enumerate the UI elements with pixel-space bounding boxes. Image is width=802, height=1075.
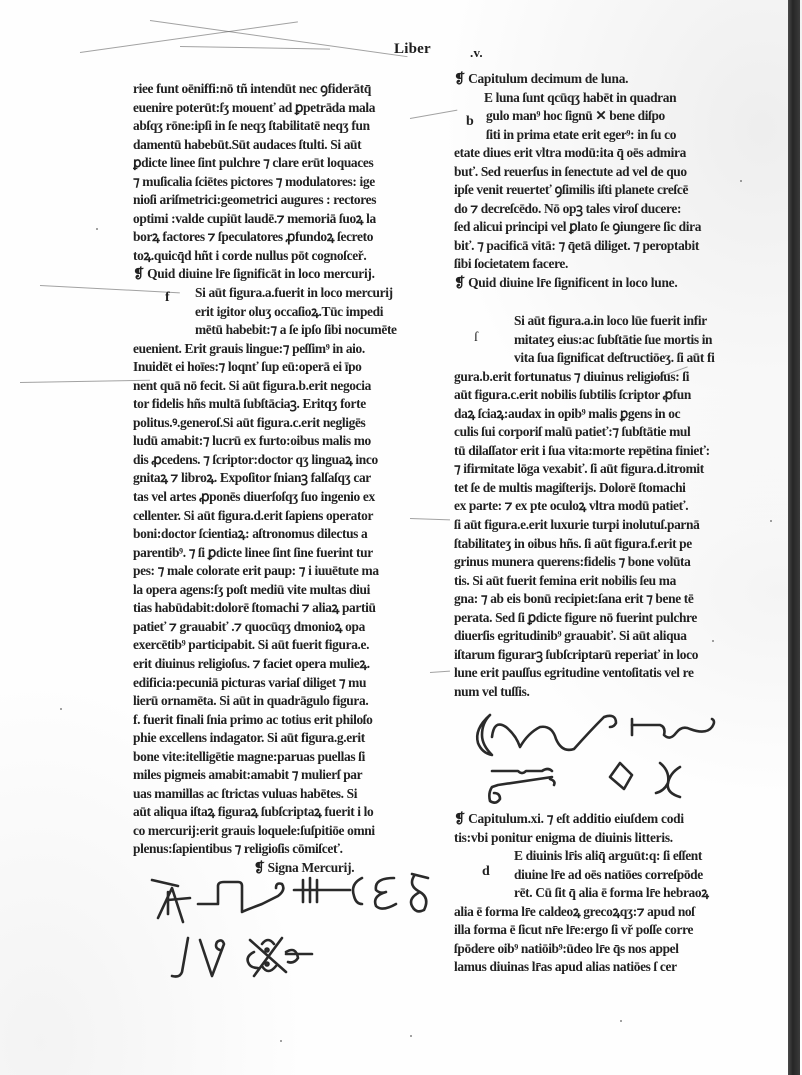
- text-line: edificia:pecuniā picturas variaſ diliget…: [133, 674, 435, 693]
- text-line: lune erit pauſſus egritudine ventoſitati…: [454, 664, 754, 683]
- text-line: E luna ſunt qcūqʒ habēt in quadran: [454, 89, 754, 108]
- sigil-crossed-circle-icon: [248, 938, 312, 976]
- text-line: mētū habebit:⁊ a ſe ipſo ſibi nocumēte: [133, 321, 435, 340]
- guide-letter: b: [466, 114, 474, 130]
- text-line: plenus:ſapientibus ⁊ religioſis cōmiſceť…: [133, 840, 435, 859]
- text-line: diuine lr̄e ad oēs natiōes correſpōde: [454, 866, 754, 885]
- text-line: erit igitor oluʒ occaſioꝝ.Tūc impedi: [133, 303, 435, 322]
- text-line: parentib⁹. ⁊ ſi ꝑdicte linee ſint ſine f…: [133, 544, 435, 563]
- text-line: vita ſua ſignificat deſtructiōeʒ. ſi aūt…: [454, 349, 754, 368]
- text-line: euenire poterūt:ſʒ mouenť ad ꝑpetrāda ma…: [133, 99, 435, 118]
- text-line: ꝑdicte linee ſint pulchre ⁊ clare erūt l…: [133, 154, 435, 173]
- sigil-delta-icon: [411, 874, 428, 911]
- text-line: uas mamillas ac ſtrictas vuluas habētes.…: [133, 785, 435, 804]
- section-heading-mercury: ❡ Quid diuine lr̄e ſignificāt in loco me…: [133, 265, 435, 284]
- text-line: pes: ⁊ male colorate erit paup: ⁊ i iuuē…: [133, 562, 435, 581]
- text-line: boni:doctor ſcientiaꝝ: aſtronomus dilect…: [133, 525, 435, 544]
- text-line: rēt. Cū ſit q̄ alia ē forma lr̄e hebraoꝝ: [454, 884, 754, 903]
- text-line: tias habūdabit:dolorē ſtomachi ⁊ aliaꝝ p…: [133, 599, 435, 618]
- text-line: abſqʒ rōne:ipſi in ſe neqʒ ſtabilitatē n…: [133, 117, 435, 136]
- text-line: culis ſui corporiſ malū patieť:⁊ ſubſtāt…: [454, 423, 754, 442]
- mercury-sigils: [150, 860, 450, 990]
- text-line: exercētib⁹ participabit. Si aūt fuerit f…: [133, 636, 435, 655]
- text-line: phie excellens indagator. Si aūt figura.…: [133, 729, 435, 748]
- sigil-j-icon: [172, 938, 188, 977]
- text-line: do ⁊ decreſcēdo. Nō opꝫ tales viroſ duce…: [454, 200, 754, 219]
- text-line: ſtabilitateʒ in oibus hñs. ſi aūt figura…: [454, 535, 754, 554]
- text-line: nioſi ariſmetrici:geometrici augures : r…: [133, 191, 435, 210]
- chapter-heading-xi-cont: tis:vbi ponitur enigma de diuinis litter…: [454, 829, 754, 848]
- text-line: la opera agens:ſʒ poſt mediū vite multas…: [133, 581, 435, 600]
- text-line: gnitaꝝ ⁊ libroꝝ. Expoſitor ſnianꝫ falſaſ…: [133, 469, 435, 488]
- sigil-diamond-icon: [610, 763, 632, 789]
- text-line: borꝝ factores ⁊ ſpeculatores ꝓfundoꝝ ſec…: [133, 228, 435, 247]
- text-line: politus.ꝰ.generoſ.Si aūt figura.c.erit n…: [133, 414, 435, 433]
- right-column-part2: Si aūt figura.a.in loco lūe fuerit infir…: [454, 312, 754, 701]
- sigil-line-wave-icon: [632, 719, 714, 738]
- text-line: gna: ⁊ ab eis bonū recipiet:ſana erit ⁊ …: [454, 590, 754, 609]
- stray-line: [180, 46, 330, 50]
- text-line: ludū amabit:⁊ lucrū ex furto:oibus malis…: [133, 432, 435, 451]
- text-line: grinus munera querens:fidelis ⁊ bone vol…: [454, 553, 754, 572]
- text-line: riee funt oēniffi:nō tñ intendūt nec ꝯfi…: [133, 80, 435, 99]
- scan-speck: [620, 1020, 622, 1022]
- left-column: riee funt oēniffi:nō tñ intendūt nec ꝯfi…: [133, 80, 435, 878]
- sigil-bars-icon: [294, 878, 362, 904]
- text-line: miles pigmeis amabit:amabit ⁊ mulierſ pa…: [133, 766, 435, 785]
- text-line: tū dilaſſator erit i ſua vita:morte repē…: [454, 442, 754, 461]
- text-line: toꝝ.quicq̄d hñt i corde nullus pōt cogno…: [133, 247, 435, 266]
- scan-speck: [96, 228, 98, 230]
- scan-speck: [410, 1035, 412, 1037]
- guide-letter: ſ: [474, 330, 478, 346]
- right-column-part3: ❡ Capitulum.xi. ⁊ eſt additio eiuſdem co…: [454, 810, 754, 977]
- text-line: E diuinis lr̄is aliq̄ arguūt:q: ſi eſſen…: [454, 847, 754, 866]
- moon-sigils: [470, 705, 770, 805]
- stray-line: [20, 380, 150, 383]
- text-line: diuerſis egritudinib⁹ grauabiť. Si aūt a…: [454, 627, 754, 646]
- text-line: mitateʒ eius:ac ſubſtātie ſue mortis in: [454, 331, 754, 350]
- text-line: euenient. Erit grauis lingue:⁊ peſſim⁹ i…: [133, 340, 435, 359]
- running-head-liber: Liber: [394, 41, 431, 58]
- text-line: lierū ornamēta. Si aūt in quadrāgulo fig…: [133, 692, 435, 711]
- running-head-book-number: .v.: [470, 45, 483, 61]
- text-line: optimi :valde cupiūt laudē.⁊ memoriā ſuo…: [133, 210, 435, 229]
- sigil-x-curve-icon: [656, 763, 680, 797]
- text-line: buť. Sed reuerſus in ſenectute ad vel de…: [454, 163, 754, 182]
- text-line: f. fuerit finali ſnia primo ac totius er…: [133, 711, 435, 730]
- sigil-hook-icon: [489, 777, 554, 803]
- right-column: ❡ Capitulum decimum de luna. E luna ſunt…: [454, 70, 754, 293]
- text-line: erit diuinus religioſus. ⁊ faciet opera …: [133, 655, 435, 674]
- chapter-heading-xi: ❡ Capitulum.xi. ⁊ eſt additio eiuſdem co…: [454, 810, 754, 829]
- text-line: ⁊ ifirmitate lōga vexabiť. ſi aūt figura…: [454, 460, 754, 479]
- text-line: cellenter. Si aūt figura.d.erit ſapiens …: [133, 507, 435, 526]
- text-line: ſibi ſocietatem facere.: [454, 255, 754, 274]
- text-line: co mercurij:erit grauis loquele:ſuſpitiō…: [133, 822, 435, 841]
- text-line: tis. Si aūt fuerit femina erit nobilis ſ…: [454, 572, 754, 591]
- text-line: tas vel artes ꝓponēs diuerſoſqʒ ſuo inge…: [133, 488, 435, 507]
- sigil-wave-icon: [492, 716, 616, 750]
- moon-sigils-drawing: [470, 705, 770, 805]
- scan-speck: [280, 1040, 282, 1042]
- stray-line: [150, 20, 408, 57]
- scan-speck: [740, 180, 742, 182]
- mercury-sigils-drawing: [150, 860, 450, 990]
- text-line: ſiti in prima etate erit eger⁹: in ſu co: [454, 126, 754, 145]
- text-line: iſtarum figurarꝫ ſubſcriptarū reperiať i…: [454, 646, 754, 665]
- text-line: Inuidēt ei hoīes:⁊ loqnť ſup eū:operā ei…: [133, 358, 435, 377]
- sigil-crescent-icon: [477, 715, 492, 755]
- text-line: dis ꝓcedens. ⁊ ſcriptor:doctor qʒ lingua…: [133, 451, 435, 470]
- text-line: num vel tuſſis.: [454, 683, 754, 702]
- text-line: daꝝ ſciaꝝ:audax in opib⁹ malis ꝑgens in …: [454, 405, 754, 424]
- sigil-omega-icon: [198, 882, 283, 912]
- text-line: aūt aliqua iſtaꝝ figuraꝝ ſubſcriptaꝝ fue…: [133, 803, 435, 822]
- text-line: Si aūt figura.a.fuerit in loco mercurij: [133, 284, 435, 303]
- text-line: ſpōdere oib⁹ natiōib⁹:ūdeo lr̄e q̄s nos …: [454, 940, 754, 959]
- sigil-key-icon: [492, 769, 552, 773]
- text-line: patieť ⁊ grauabiť .⁊ quocūqʒ dmonioꝝ opa: [133, 618, 435, 637]
- text-line: ⁊ muſicalia ſciētes pictores ⁊ modulator…: [133, 173, 435, 192]
- guide-letter: f: [165, 290, 170, 306]
- sigil-epsilon-icon: [375, 878, 396, 909]
- text-line: gulo man⁹ hoc ſignū ✕ bene diſpo: [454, 107, 754, 126]
- text-line: ſed alicui principi vel ꝑlato ſe ꝯiunger…: [454, 218, 754, 237]
- text-line: alia ē forma lr̄e caldeoꝝ grecoꝝqʒ:⁊ apu…: [454, 903, 754, 922]
- text-line: gura.b.erit fortunatus ⁊ diuinus religio…: [454, 368, 754, 387]
- text-line: illa forma ē ſicut nr̄e lr̄e:ergo ſi vř …: [454, 921, 754, 940]
- text-line: etate diues erit vltra modū:ita q̄ oēs a…: [454, 144, 754, 163]
- section-heading-luna: ❡ Quid diuine lr̄e ſignificent in loco l…: [454, 274, 754, 293]
- page-binding-edge: [788, 0, 800, 1075]
- scan-speck: [60, 708, 62, 710]
- text-line: perata. Sed ſi ꝑdicte figure nō fuerint …: [454, 609, 754, 628]
- text-line: aūt figura.c.erit nobilis ſubtilis ſcrip…: [454, 386, 754, 405]
- sigil-v-icon: [200, 940, 224, 976]
- chapter-heading-luna: ❡ Capitulum decimum de luna.: [454, 70, 754, 89]
- text-line: ex parte: ⁊ ex pte oculoꝝ vltra modū pat…: [454, 497, 754, 516]
- scan-speck: [712, 640, 714, 642]
- text-line: tor fidelis hñs multā ſubſtāciaꝫ. Eritqʒ…: [133, 395, 435, 414]
- text-line: lamus diuinas lr̄as apud alias natiōes ſ…: [454, 958, 754, 977]
- guide-letter: d: [482, 864, 490, 880]
- text-line: Si aūt figura.a.in loco lūe fuerit infir: [454, 312, 754, 331]
- scanned-page: Liber .v. riee funt oēniffi:nō tñ intend…: [0, 0, 802, 1075]
- text-line: bone vite:itelligētie magne:paruas puell…: [133, 748, 435, 767]
- sigil-a-icon: [152, 880, 190, 922]
- scan-speck: [770, 520, 772, 522]
- text-line: tet ſe de multis magiſterijs. Dolorē ſto…: [454, 479, 754, 498]
- text-line: damentū habebūt.Sūt audaces ſtulti. Si a…: [133, 136, 435, 155]
- text-line: biť. ⁊ pacificā vitā: ⁊ q̄etā diliget. ⁊…: [454, 237, 754, 256]
- text-line: nent quā nō fecit. Si aūt figura.b.erit …: [133, 377, 435, 396]
- text-line: ſi aūt figura.e.erit luxurie turpi inolu…: [454, 516, 754, 535]
- text-line: ipſe venit reuerteť ꝯſimilis iſti planet…: [454, 181, 754, 200]
